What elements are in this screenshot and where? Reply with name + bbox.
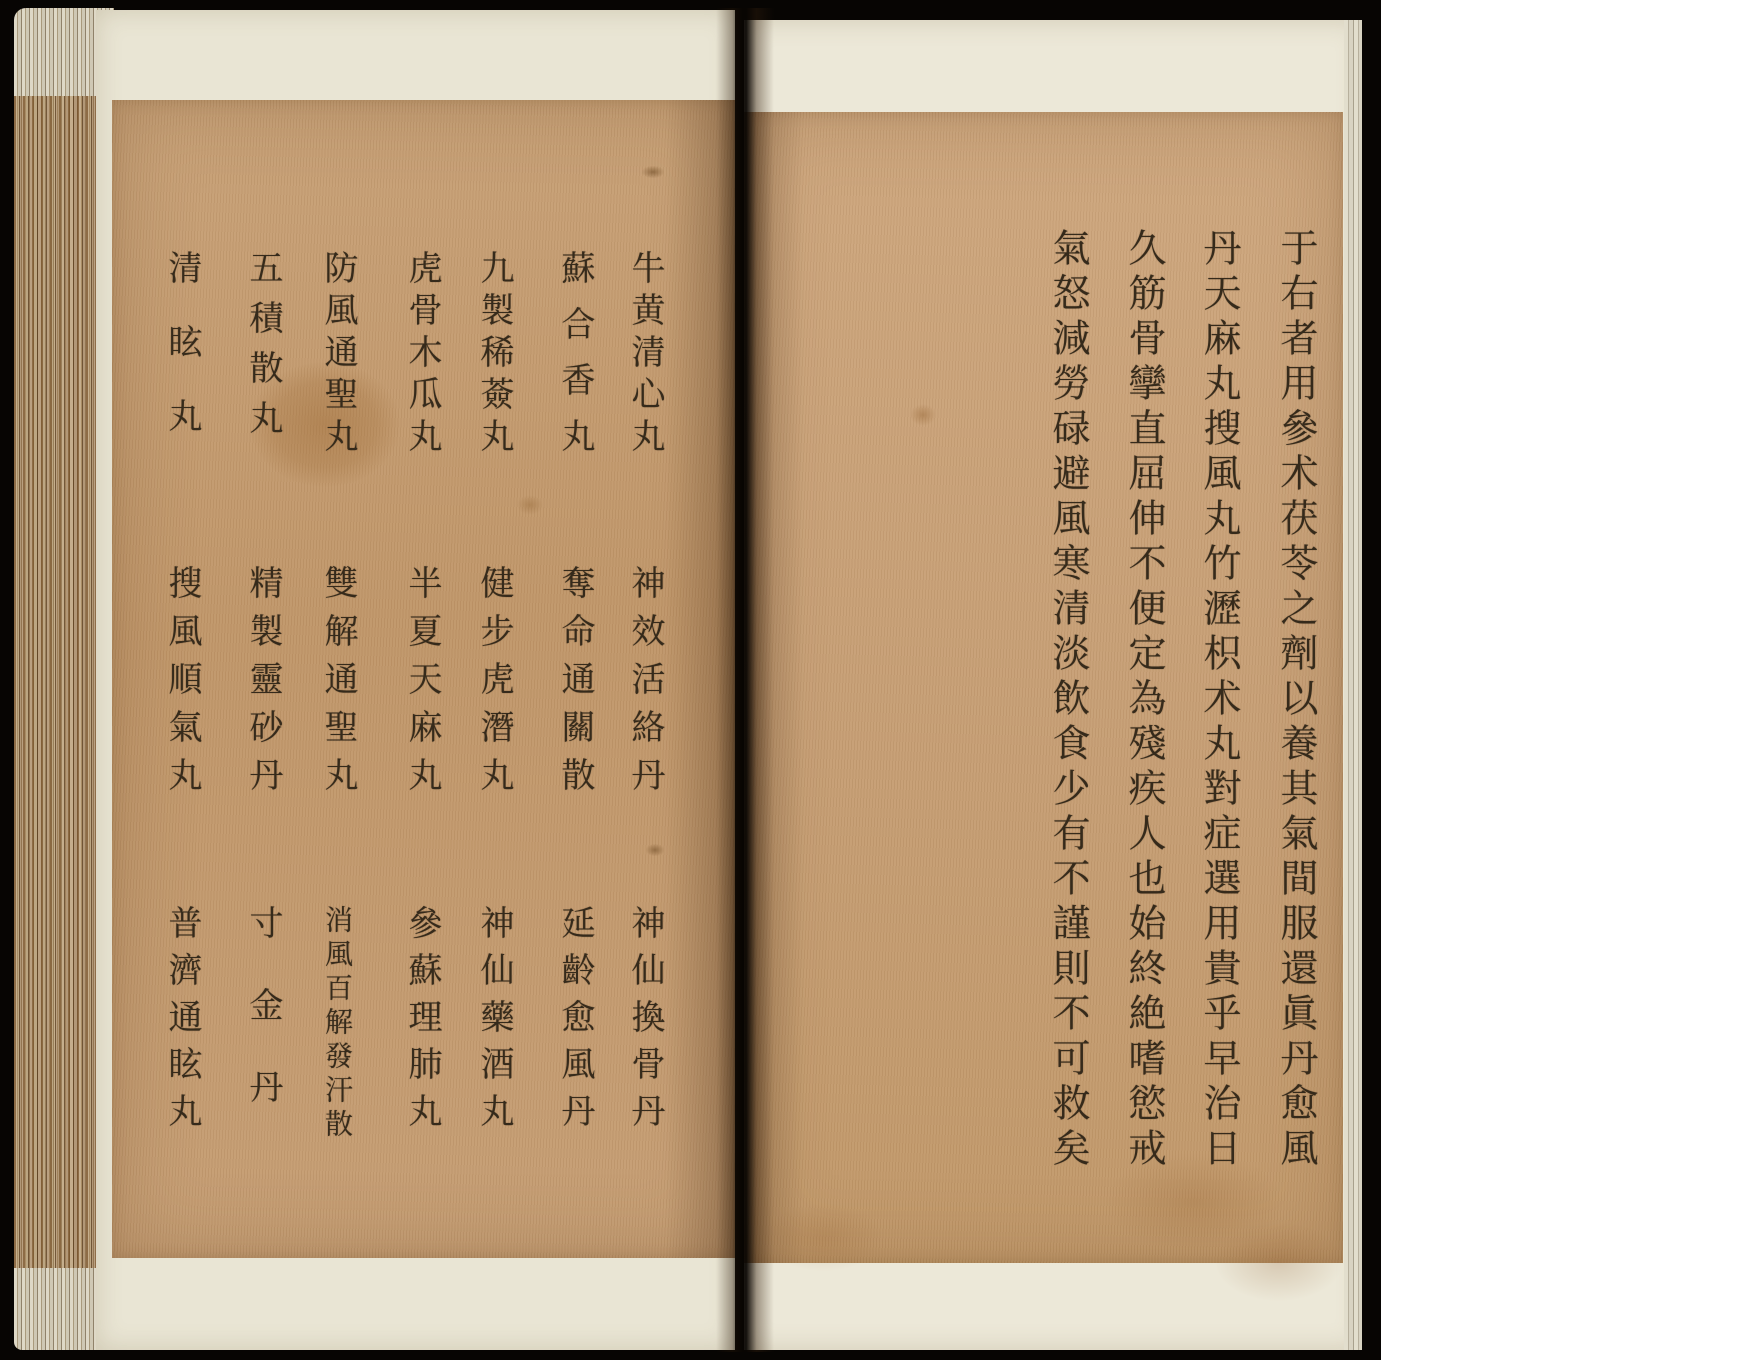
medicine-name-entry: 九製稀薟丸 bbox=[470, 250, 519, 460]
manuscript-text-column: 久筋骨攣直屈伸不便定為殘疾人也始終絶嗜慾戒 bbox=[1117, 228, 1172, 1173]
medicine-name-entry: 五積散丸 bbox=[239, 250, 288, 450]
medicine-name-entry: 健步虎潛丸 bbox=[470, 565, 519, 805]
medicine-name-entry: 雙解通聖丸 bbox=[314, 565, 363, 805]
manuscript-text-column: 氣怒減勞碌避風寒清淡飲食少有不謹則不可救矣 bbox=[1041, 228, 1096, 1173]
right-page-edge-stack bbox=[1344, 20, 1362, 1350]
medicine-name-entry: 延齡愈風丹 bbox=[551, 905, 600, 1140]
right-page-old-leaf: 于右者用參术茯苓之劑以養其氣間服還眞丹愈風丹天麻丸搜風丸竹瀝枳术丸對症選用貴乎早… bbox=[744, 112, 1343, 1263]
medicine-name-entry: 搜風順氣丸 bbox=[158, 565, 207, 805]
scanner-background-white bbox=[1381, 0, 1760, 1360]
manuscript-text-column: 于右者用參术茯苓之劑以養其氣間服還眞丹愈風 bbox=[1269, 228, 1324, 1173]
medicine-name-entry: 消風百解發汗散 bbox=[317, 905, 357, 1143]
manuscript-book-scan: 牛黄清心丸神效活絡丹神仙換骨丹蘇合香丸奪命通關散延齡愈風丹九製稀薟丸健步虎潛丸神… bbox=[0, 0, 1760, 1360]
medicine-name-entry: 精製靈砂丹 bbox=[239, 565, 288, 805]
medicine-name-entry: 半夏天麻丸 bbox=[398, 565, 447, 805]
medicine-name-entry: 參蘇理肺丸 bbox=[398, 905, 447, 1140]
medicine-name-entry: 牛黄清心丸 bbox=[621, 250, 670, 460]
paper-spot bbox=[517, 495, 543, 515]
left-page: 牛黄清心丸神效活絡丹神仙換骨丹蘇合香丸奪命通關散延齡愈風丹九製稀薟丸健步虎潛丸神… bbox=[96, 10, 735, 1350]
manuscript-text-column: 丹天麻丸搜風丸竹瀝枳术丸對症選用貴乎早治日 bbox=[1192, 228, 1247, 1173]
paper-blotch bbox=[1214, 1222, 1344, 1302]
medicine-name-entry: 神效活絡丹 bbox=[621, 565, 670, 805]
medicine-name-entry: 蘇合香丸 bbox=[551, 250, 600, 474]
medicine-name-entry: 神仙藥酒丸 bbox=[470, 905, 519, 1140]
left-page-old-leaf: 牛黄清心丸神效活絡丹神仙換骨丹蘇合香丸奪命通關散延齡愈風丹九製稀薟丸健步虎潛丸神… bbox=[112, 100, 735, 1258]
paper-blotch bbox=[764, 1202, 884, 1272]
medicine-name-entry: 神仙換骨丹 bbox=[621, 905, 670, 1140]
paper-spot bbox=[910, 404, 936, 426]
medicine-name-entry: 清眩丸 bbox=[158, 250, 207, 472]
paper-spot bbox=[646, 844, 664, 856]
right-page: 于右者用參术茯苓之劑以養其氣間服還眞丹愈風丹天麻丸搜風丸竹瀝枳术丸對症選用貴乎早… bbox=[744, 20, 1362, 1350]
paper-spot bbox=[642, 166, 664, 178]
medicine-name-entry: 虎骨木瓜丸 bbox=[398, 250, 447, 460]
medicine-name-entry: 寸金丹 bbox=[239, 905, 288, 1151]
medicine-name-entry: 普濟通眩丸 bbox=[158, 905, 207, 1140]
medicine-name-entry: 奪命通關散 bbox=[551, 565, 600, 805]
medicine-name-entry: 防風通聖丸 bbox=[314, 250, 363, 460]
